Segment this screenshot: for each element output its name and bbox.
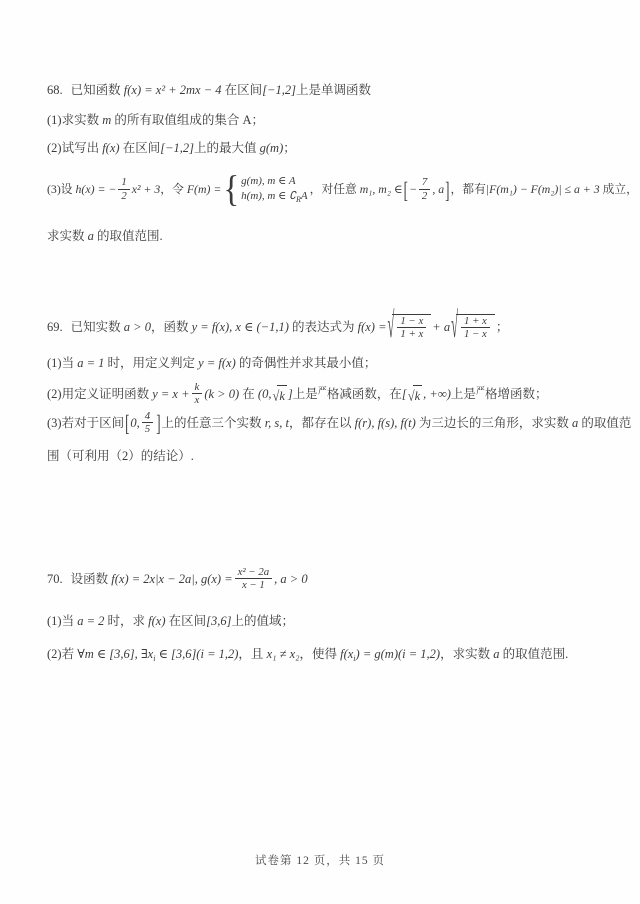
math-run: ∈ [3,6](i = 1,2) bbox=[155, 647, 238, 661]
fraction: x² − 2ax − 1 bbox=[235, 567, 273, 592]
math-run: , a bbox=[432, 182, 444, 196]
math-run: f(x) = x² + 2mx − 4 bbox=[124, 83, 222, 97]
math-run: [−1,2] bbox=[262, 83, 296, 97]
fraction: 45 bbox=[142, 411, 153, 436]
denominator: 2 bbox=[419, 189, 430, 202]
math-run: (k > 0) bbox=[204, 387, 239, 401]
page-footer-text: 试卷第 12 页，共 15 页 bbox=[255, 855, 385, 867]
case-row: h(m), m ∈ ∁RA bbox=[241, 189, 307, 208]
fraction: 1 − x1 + x bbox=[397, 316, 426, 341]
math-run: f(r), f(s), f(t) bbox=[355, 416, 416, 430]
problem-69-part-3-cont: 围（可利用（2）的结论）. bbox=[47, 446, 194, 466]
fraction: kx bbox=[192, 382, 203, 407]
numerator: x² − 2a bbox=[235, 567, 273, 578]
problem-69-part-3: (3)若对于区间[0,45]上的任意三个实数 r, s, t，都存在以 f(r)… bbox=[47, 412, 631, 437]
text-run: 在区间 bbox=[166, 614, 207, 628]
text-run: 在区间 bbox=[222, 83, 263, 97]
text-run: ，对任意 bbox=[310, 182, 360, 196]
raised-char: 严 bbox=[318, 386, 327, 396]
text-run: ，令 bbox=[160, 182, 187, 196]
radical: √k bbox=[408, 385, 422, 406]
denominator: 1 − x bbox=[461, 327, 490, 340]
text-run: ，使得 bbox=[299, 647, 340, 661]
math-run: m bbox=[102, 113, 111, 127]
text-run: 在区间 bbox=[120, 141, 161, 155]
fraction: 12 bbox=[118, 177, 129, 202]
numerator: 1 bbox=[118, 177, 129, 188]
math-run: [ bbox=[402, 387, 407, 401]
problem-number: 68. bbox=[47, 83, 63, 97]
text-run: 上是单调函数 bbox=[296, 83, 371, 97]
text-run: ，函数 bbox=[151, 320, 192, 334]
radicand: 1 + x1 − x bbox=[456, 314, 495, 343]
text-run: 上的最大值 bbox=[194, 141, 260, 155]
text-run: ，都存在以 bbox=[289, 416, 355, 430]
math-run: x₁ ≠ x₂ bbox=[267, 647, 300, 661]
page-footer: 试卷第 12 页，共 15 页 bbox=[0, 852, 640, 868]
math-run: [3,6] bbox=[206, 614, 231, 628]
right-bracket: ] bbox=[156, 406, 160, 442]
text-run: 的表达式为 bbox=[289, 320, 358, 334]
radicand: 1 − x1 + x bbox=[392, 314, 431, 343]
text-run: 上是 bbox=[451, 387, 476, 401]
radical-icon: √ bbox=[388, 297, 395, 355]
math-run: y = x + bbox=[152, 387, 189, 401]
problem-70-part-1: (1)当 a = 2 时，求 f(x) 在区间[3,6]上的值域； bbox=[47, 611, 294, 631]
math-run: y = f(x), x ∈ (−1,1) bbox=[192, 320, 289, 334]
brace-icon: { bbox=[223, 172, 239, 209]
denominator: x − 1 bbox=[235, 578, 273, 591]
math-run: m₁, m₂ ∈ bbox=[360, 182, 403, 196]
problem-68-part-2: (2)试写出 f(x) 在区间[−1,2]上的最大值 g(m)； bbox=[47, 138, 296, 158]
math-run: h(m), m ∈ ∁ bbox=[241, 190, 296, 202]
math-run: ∀m ∈ [3,6], ∃x bbox=[77, 647, 153, 661]
radical-icon: √ bbox=[451, 297, 458, 355]
text-run: (2)用定义证明函数 bbox=[47, 387, 152, 401]
math-run: a > 0 bbox=[124, 320, 151, 334]
text-run: 成立， bbox=[600, 182, 638, 196]
math-run: A bbox=[301, 190, 308, 202]
text-run: 已知函数 bbox=[71, 83, 124, 97]
text-run: (2)试写出 bbox=[47, 141, 102, 155]
text-run: 已知实数 bbox=[71, 320, 124, 334]
denominator: x bbox=[192, 393, 203, 406]
text-run: 格增函数； bbox=[485, 387, 548, 401]
text-run: 设函数 bbox=[71, 572, 112, 586]
math-run: + a bbox=[432, 320, 450, 334]
radical: √1 + x1 − x bbox=[451, 314, 495, 343]
math-run: (0, bbox=[258, 387, 272, 401]
math-run: |F(m₁) − F(m₂)| ≤ a + 3 bbox=[486, 182, 600, 196]
text-run: ，且 bbox=[238, 647, 266, 661]
problem-number: 70. bbox=[47, 572, 63, 586]
math-run: f(x) = bbox=[358, 320, 387, 334]
case-row: g(m), m ∈ A bbox=[241, 174, 307, 189]
radical-icon: √ bbox=[272, 384, 279, 407]
numerator: 4 bbox=[142, 411, 153, 422]
math-run: ) = g(m)(i = 1,2) bbox=[356, 647, 441, 661]
right-bracket: ] bbox=[445, 173, 449, 209]
text-run: (1)求实数 bbox=[47, 113, 102, 127]
math-run: F(m) = bbox=[187, 182, 222, 196]
problem-68-part-3-cont: 求实数 a 的取值范围. bbox=[47, 226, 163, 246]
math-run: , +∞) bbox=[423, 387, 451, 401]
math-run: , a > 0 bbox=[274, 572, 307, 586]
text-run: 时，用定义判定 bbox=[104, 356, 198, 370]
numerator: 1 − x bbox=[397, 316, 426, 327]
radical-icon: √ bbox=[408, 384, 415, 407]
math-run: f(x bbox=[340, 647, 353, 661]
text-run: 为三边长的三角形，求实数 bbox=[416, 416, 572, 430]
text-run: ； bbox=[283, 141, 296, 155]
text-run: 的取值范围. bbox=[94, 229, 163, 243]
math-run: g(m) bbox=[260, 141, 284, 155]
text-run: 在 bbox=[239, 387, 258, 401]
radical: √1 − x1 + x bbox=[388, 314, 432, 343]
text-run: 的奇偶性并求其最小值； bbox=[236, 356, 377, 370]
text-run: 时，求 bbox=[104, 614, 148, 628]
piecewise-cases: {g(m), m ∈ Ah(m), m ∈ ∁RA bbox=[223, 174, 307, 207]
problem-68-part-3: (3)设 h(x) = −12x² + 3，令 F(m) ={g(m), m ∈… bbox=[47, 174, 638, 207]
text-run: 上是 bbox=[293, 387, 318, 401]
denominator: 5 bbox=[142, 422, 153, 435]
text-run: 求实数 bbox=[47, 229, 88, 243]
problem-70-title: 70.设函数 f(x) = 2x|x − 2a|, g(x) =x² − 2ax… bbox=[47, 568, 308, 593]
left-bracket: [ bbox=[404, 173, 408, 209]
numerator: 1 + x bbox=[461, 316, 490, 327]
text-run: 的所有取值组成的集合 A； bbox=[111, 113, 264, 127]
math-run: r, s, t bbox=[265, 416, 289, 430]
text-run: 的取值范围. bbox=[499, 647, 568, 661]
text-run: 围（可利用（2）的结论）. bbox=[47, 449, 194, 463]
problem-number: 69. bbox=[47, 320, 63, 334]
math-run: 0, bbox=[130, 416, 139, 430]
text-run: (3)若对于区间 bbox=[47, 416, 124, 430]
math-run: y = f(x) bbox=[198, 356, 236, 370]
text-run: ； bbox=[496, 320, 509, 334]
denominator: 1 + x bbox=[397, 327, 426, 340]
text-run: (1)当 bbox=[47, 614, 77, 628]
left-bracket: [ bbox=[125, 406, 129, 442]
math-run: [−1,2] bbox=[160, 141, 194, 155]
text-run: 的取值范 bbox=[578, 416, 631, 430]
math-run: − bbox=[409, 182, 417, 196]
math-run: f(x) bbox=[148, 614, 165, 628]
radical: √k bbox=[272, 385, 286, 406]
math-run: a = 2 bbox=[77, 614, 104, 628]
fraction: 72 bbox=[419, 177, 430, 202]
exam-page: 68.已知函数 f(x) = x² + 2mx − 4 在区间[−1,2]上是单… bbox=[0, 0, 640, 904]
text-run: (3)设 bbox=[47, 182, 76, 196]
problem-68-part-1: (1)求实数 m 的所有取值组成的集合 A； bbox=[47, 110, 264, 130]
text-run: ，都有 bbox=[450, 182, 485, 196]
numerator: 7 bbox=[419, 177, 430, 188]
raised-char: 严 bbox=[476, 386, 485, 396]
text-run: (1)当 bbox=[47, 356, 77, 370]
math-run: f(x) bbox=[102, 141, 119, 155]
math-run: f(x) = 2x|x − 2a|, g(x) = bbox=[111, 572, 232, 586]
math-run: a = 1 bbox=[77, 356, 104, 370]
problem-68-title: 68.已知函数 f(x) = x² + 2mx − 4 在区间[−1,2]上是单… bbox=[47, 80, 371, 100]
text-run: ，求实数 bbox=[440, 647, 493, 661]
text-run: (2)若 bbox=[47, 647, 77, 661]
math-run: x² + 3 bbox=[132, 182, 161, 196]
fraction: 1 + x1 − x bbox=[461, 316, 490, 341]
problem-69-title: 69.已知实数 a > 0，函数 y = f(x), x ∈ (−1,1) 的表… bbox=[47, 314, 508, 343]
problem-69-part-2: (2)用定义证明函数 y = x +kx(k > 0) 在 (0,√k]上是严格… bbox=[47, 381, 547, 407]
case-rows: g(m), m ∈ Ah(m), m ∈ ∁RA bbox=[241, 174, 307, 207]
problem-70-part-2: (2)若 ∀m ∈ [3,6], ∃xi ∈ [3,6](i = 1,2)，且 … bbox=[47, 644, 568, 669]
text-run: 上的任意三个实数 bbox=[162, 416, 265, 430]
problem-69-part-1: (1)当 a = 1 时，用定义判定 y = f(x) 的奇偶性并求其最小值； bbox=[47, 353, 376, 373]
math-run: h(x) = − bbox=[76, 182, 117, 196]
text-run: 上的值域； bbox=[232, 614, 295, 628]
numerator: k bbox=[192, 382, 203, 393]
text-run: 格减函数，在 bbox=[327, 387, 402, 401]
denominator: 2 bbox=[118, 189, 129, 202]
